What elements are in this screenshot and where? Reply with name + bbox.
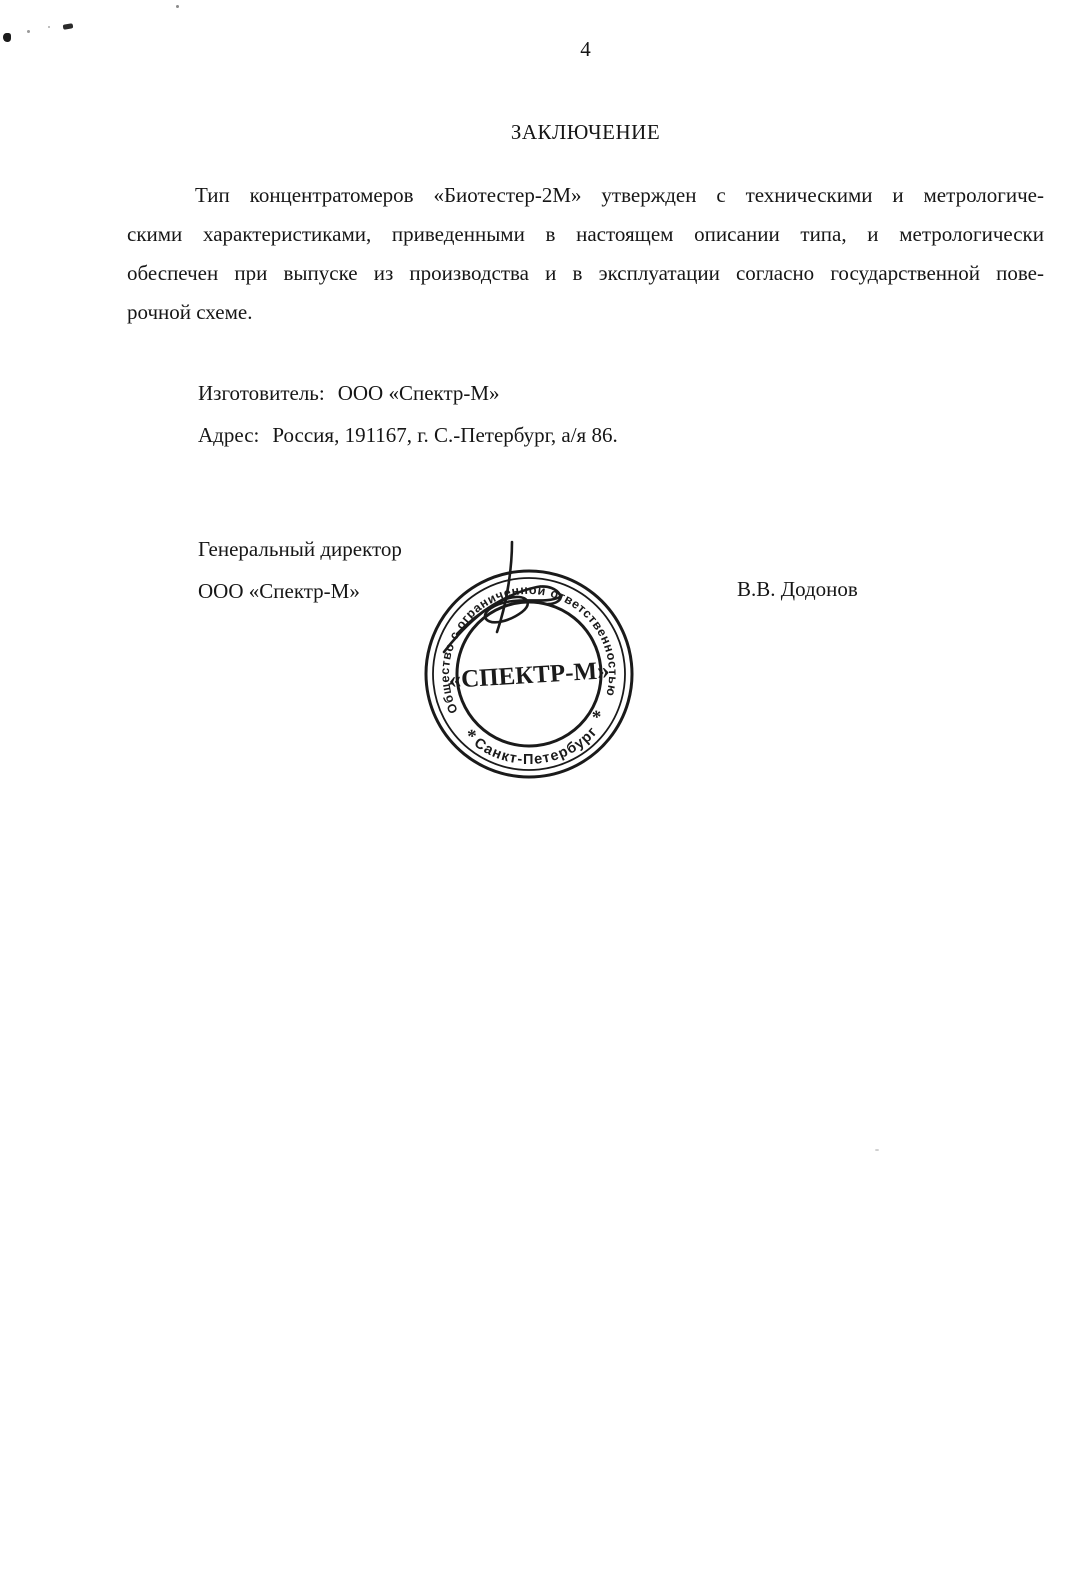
manufacturer-value: ООО «Спектр-М»: [338, 381, 500, 405]
document-page: 4 ЗАКЛЮЧЕНИЕ Тип концентратомеров «Биоте…: [0, 0, 1092, 1572]
svg-text:Санкт-Петербург: Санкт-Петербург: [470, 722, 604, 774]
scan-artifact: [48, 26, 50, 28]
scan-artifact: [63, 23, 74, 30]
paragraph-line: скими характеристиками, приведенными в н…: [127, 215, 1044, 254]
company-stamp: Общество с ограниченной ответственностью…: [400, 520, 680, 800]
stamp-center-text: «СПЕКТР-М»: [448, 657, 611, 694]
manufacturer-line: Изготовитель:ООО «Спектр-М»: [198, 372, 618, 414]
signer-name: В.В. Додонов: [737, 568, 858, 610]
stamp-star-left: *: [466, 726, 478, 748]
director-title-line: Генеральный директор: [198, 528, 402, 570]
director-title-block: Генеральный директор ООО «Спектр-М»: [198, 528, 402, 612]
scan-artifact: [3, 33, 11, 42]
paragraph-line: рочной схеме.: [127, 293, 1044, 332]
director-company-line: ООО «Спектр-М»: [198, 570, 402, 612]
manufacturer-label: Изготовитель:: [198, 381, 325, 405]
document-heading: ЗАКЛЮЧЕНИЕ: [127, 113, 1044, 152]
page-number: 4: [127, 30, 1044, 69]
address-value: Россия, 191167, г. С.-Петербург, а/я 86.: [272, 423, 617, 447]
stamp-star-right: *: [591, 707, 603, 729]
scan-artifact: [27, 30, 30, 33]
manufacturer-block: Изготовитель:ООО «Спектр-М» Адрес:Россия…: [198, 372, 618, 456]
conclusion-paragraph: Тип концентратомеров «Биотестер-2М» утве…: [127, 176, 1044, 332]
stamp-bottom-text: Санкт-Петербург: [470, 722, 604, 774]
stamp-body: Общество с ограниченной ответственностью…: [416, 561, 642, 787]
scan-artifact: [176, 5, 179, 8]
paragraph-line: обеспечен при выпуске из производства и …: [127, 254, 1044, 293]
paragraph-line: Тип концентратомеров «Биотестер-2М» утве…: [127, 176, 1044, 215]
address-label: Адрес:: [198, 423, 259, 447]
scan-artifact: [875, 1149, 879, 1151]
address-line: Адрес:Россия, 191167, г. С.-Петербург, а…: [198, 414, 618, 456]
